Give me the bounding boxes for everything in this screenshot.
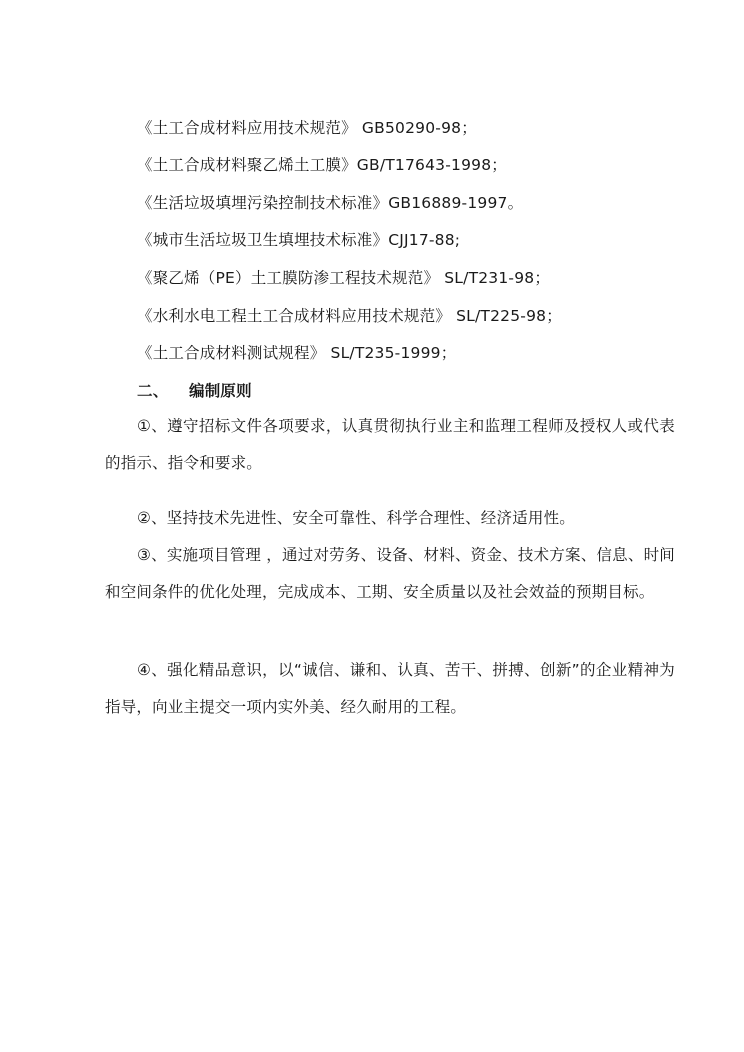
reference-item: 《土工合成材料聚乙烯土工膜》GB/T17643-1998；: [137, 155, 507, 175]
section-heading: 二、编制原则: [137, 381, 252, 401]
reference-item: 《城市生活垃圾卫生填埋技术标准》CJJ17-88;: [137, 230, 460, 250]
reference-item: 《土工合成材料测试规程》 SL/T235-1999；: [137, 343, 456, 363]
reference-item: 《聚乙烯（PE）土工膜防渗工程技术规范》 SL/T231-98；: [137, 268, 550, 288]
principle-paragraph: ①、遵守招标文件各项要求，认真贯彻执行业主和监理工程师及授权人或代表的指示、指令…: [105, 408, 675, 482]
section-number: 二、: [137, 381, 189, 401]
reference-item: 《土工合成材料应用技术规范》 GB50290-98；: [137, 118, 477, 138]
reference-item: 《水利水电工程土工合成材料应用技术规范》 SL/T225-98；: [137, 306, 562, 326]
document-page: 《土工合成材料应用技术规范》 GB50290-98； 《土工合成材料聚乙烯土工膜…: [0, 0, 744, 1052]
principle-paragraph: ④、强化精品意识，以“诚信、谦和、认真、苦干、拼搏、创新”的企业精神为指导，向业…: [105, 652, 675, 726]
section-title: 编制原则: [189, 382, 252, 400]
reference-item: 《生活垃圾填埋污染控制技术标准》GB16889-1997。: [137, 193, 523, 213]
principle-paragraph: ②、坚持技术先进性、安全可靠性、科学合理性、经济适用性。: [105, 500, 675, 537]
principle-paragraph: ③、实施项目管理 ，通过对劳务、设备、材料、资金、技术方案、信息、时间和空间条件…: [105, 537, 675, 611]
